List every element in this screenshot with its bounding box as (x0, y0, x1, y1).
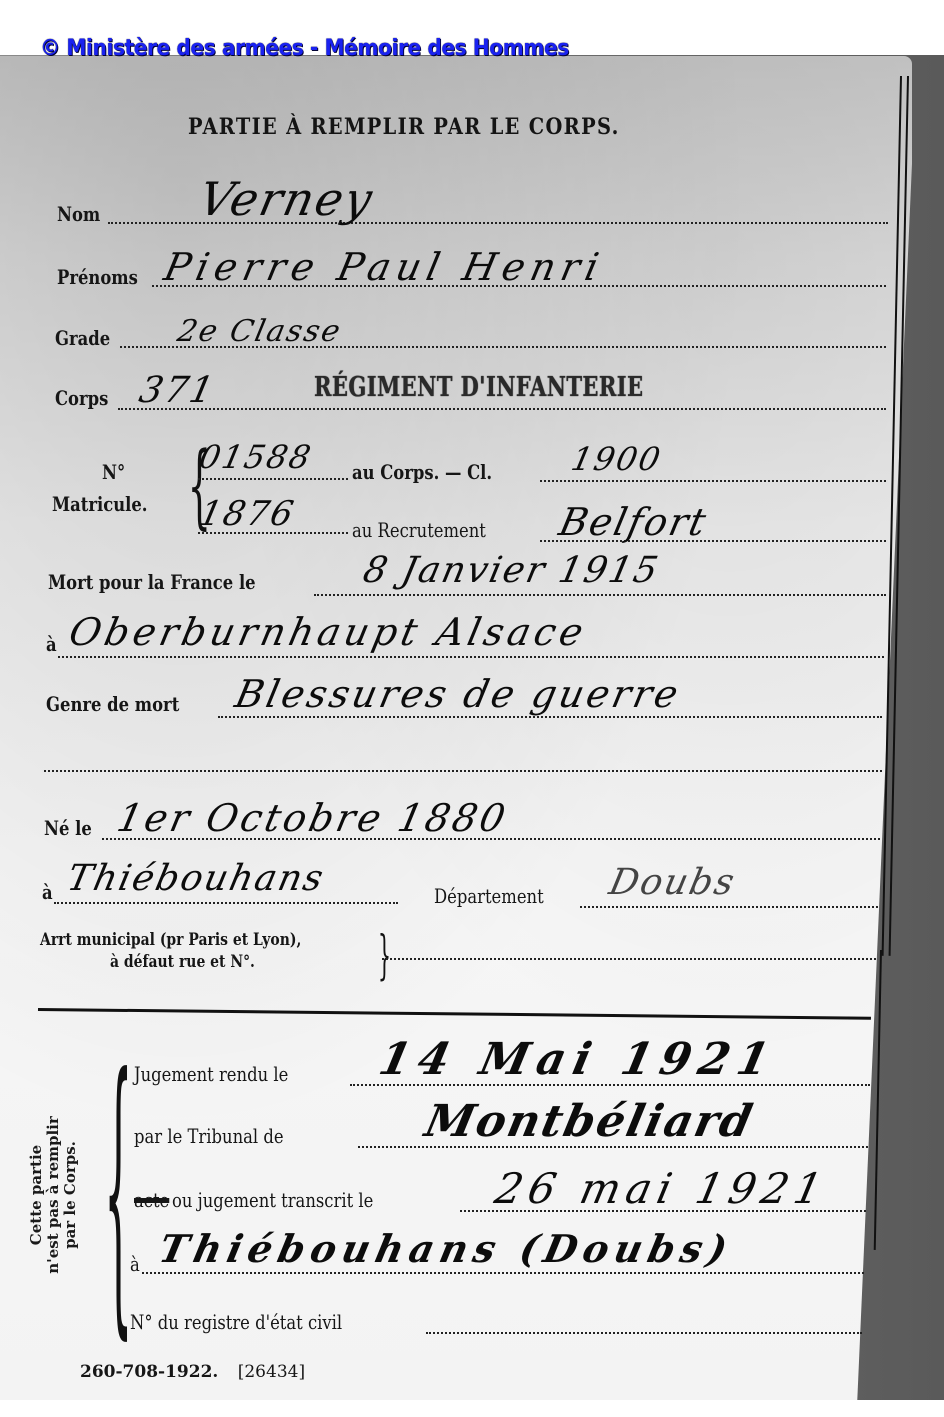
jugement-value: 14 Mai 1921 (375, 1034, 782, 1085)
corps-label: Corps (55, 386, 108, 410)
print-code: 260-708-1922. [26434] (80, 1362, 305, 1382)
ne-le-value: 1er Octobre 1880 (113, 796, 512, 840)
ne-le-label: Né le (44, 816, 92, 840)
departement-label: Département (434, 884, 544, 908)
genre-mort-label: Genre de mort (46, 692, 179, 716)
registre-label: N° du registre d'état civil (130, 1310, 342, 1334)
mort-line (314, 594, 886, 596)
jugement-label: Jugement rendu le (134, 1062, 288, 1086)
matricule-corps-line (198, 478, 348, 480)
corps-number: 371 (136, 370, 219, 411)
arrondissement-label-line1: Arrt municipal (pr Paris et Lyon), (40, 930, 301, 950)
transcrit-value: 26 mai 1921 (491, 1164, 833, 1213)
arrondissement-line (382, 958, 876, 960)
recrutement-label: au Recrutement (352, 518, 486, 542)
lieu-transcription-line (142, 1272, 864, 1274)
grade-value: 2e Classe (174, 314, 345, 349)
nom-value: Verney (194, 172, 379, 226)
lieu-mort-line (58, 656, 884, 658)
corps-line (118, 408, 886, 410)
transcrit-struck-label: acte (134, 1188, 169, 1212)
copyright-watermark: © Ministère des armées - Mémoire des Hom… (40, 36, 569, 61)
departement-line (580, 906, 878, 908)
classe-value: 1900 (568, 440, 666, 478)
lieu-mort-label: à (46, 632, 57, 656)
transcrit-label: ou jugement transcrit le (172, 1188, 373, 1212)
prenoms-value: Pierre Paul Henri (160, 245, 608, 289)
tribunal-label: par le Tribunal de (134, 1124, 284, 1148)
mort-value: 8 Janvier 1915 (360, 550, 664, 591)
grade-label: Grade (55, 326, 110, 350)
tribunal-value: Montbéliard (421, 1096, 759, 1147)
lieu-transcription-label: à (130, 1252, 140, 1276)
matricule-no-label: N° (102, 460, 125, 484)
blank-line (44, 770, 882, 772)
lieu-mort-value: Oberburnhaupt Alsace (65, 610, 591, 654)
lieu-naissance-line (54, 902, 398, 904)
matricule-label: Matricule. (52, 492, 148, 516)
nom-label: Nom (57, 202, 100, 226)
lieu-naissance-label: à (42, 880, 53, 904)
corps-regiment-stamp: RÉGIMENT D'INFANTERIE (314, 372, 643, 403)
lieu-transcription-value: Thiébouhans (Doubs) (155, 1226, 737, 1271)
genre-mort-value: Blessures de guerre (231, 672, 685, 716)
prenoms-label: Prénoms (57, 265, 138, 289)
matricule-recrutement-number: 1876 (196, 494, 299, 534)
matricule-corps-number: 01588 (196, 438, 316, 476)
arrondissement-label-line2: à défaut rue et N°. (110, 952, 255, 972)
lower-section-brace: { (104, 1040, 133, 1340)
recrutement-value: Belfort (555, 500, 711, 544)
matricule-corps-label: au Corps. — Cl. (352, 460, 492, 484)
mort-label: Mort pour la France le (48, 570, 256, 594)
lieu-naissance-value: Thiébouhans (64, 858, 329, 899)
departement-value: Doubs (606, 862, 740, 903)
card-title: PARTIE À REMPLIR PAR LE CORPS. (188, 114, 620, 140)
classe-line (540, 480, 886, 482)
print-reference: [26434] (238, 1362, 305, 1382)
side-note: Cette partie n'est pas à remplir par le … (28, 1090, 79, 1300)
arrondissement-brace: } (378, 930, 391, 982)
genre-mort-line (218, 716, 882, 718)
registre-line (426, 1332, 862, 1334)
print-code-number: 260-708-1922. (80, 1362, 218, 1382)
